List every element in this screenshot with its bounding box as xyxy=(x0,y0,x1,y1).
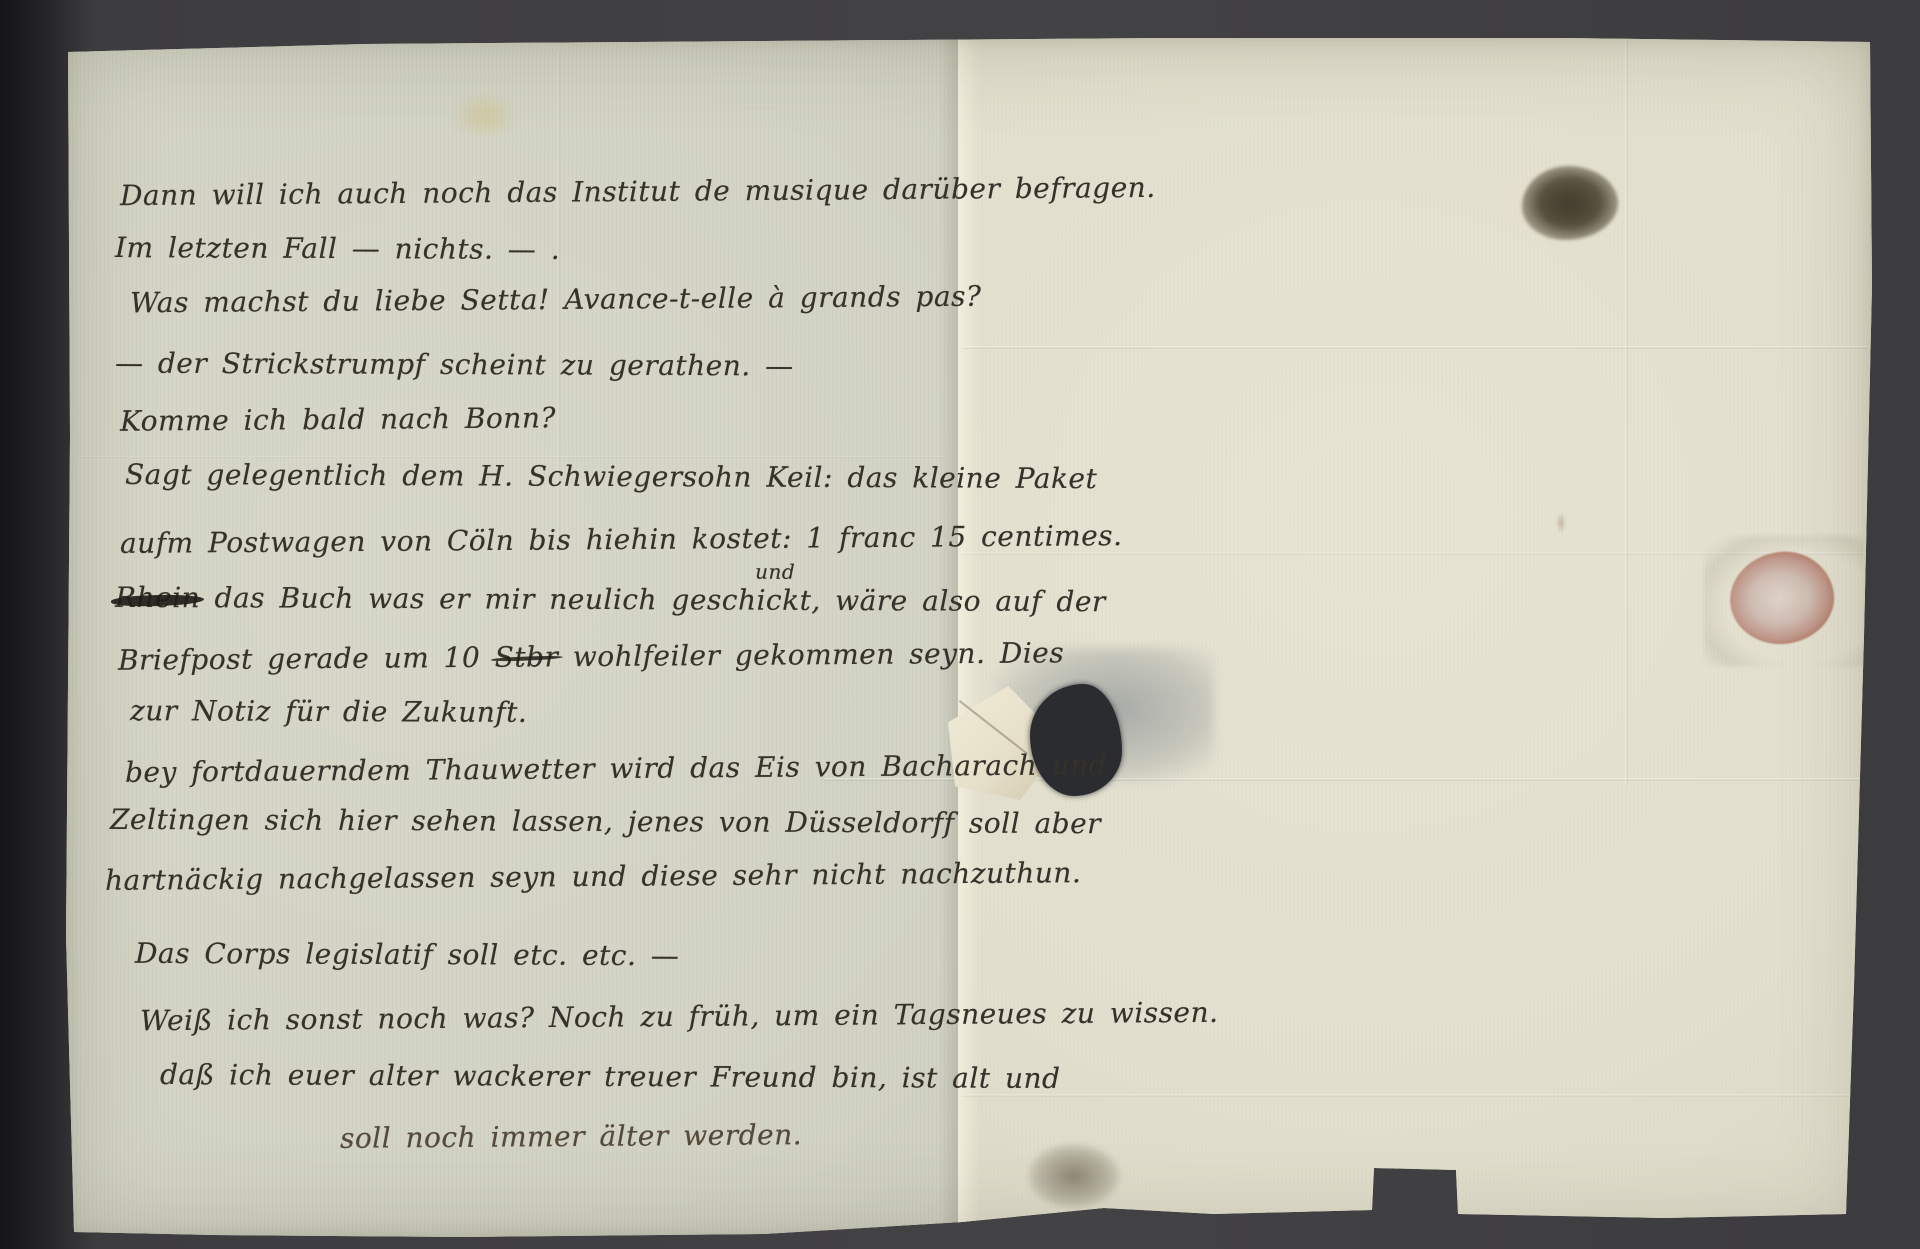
letter-scan: Dann will ich auch noch das Institut de … xyxy=(0,0,1920,1249)
paper-edge-vignette xyxy=(64,36,1874,1239)
paper-sheet: Dann will ich auch noch das Institut de … xyxy=(64,36,1874,1239)
